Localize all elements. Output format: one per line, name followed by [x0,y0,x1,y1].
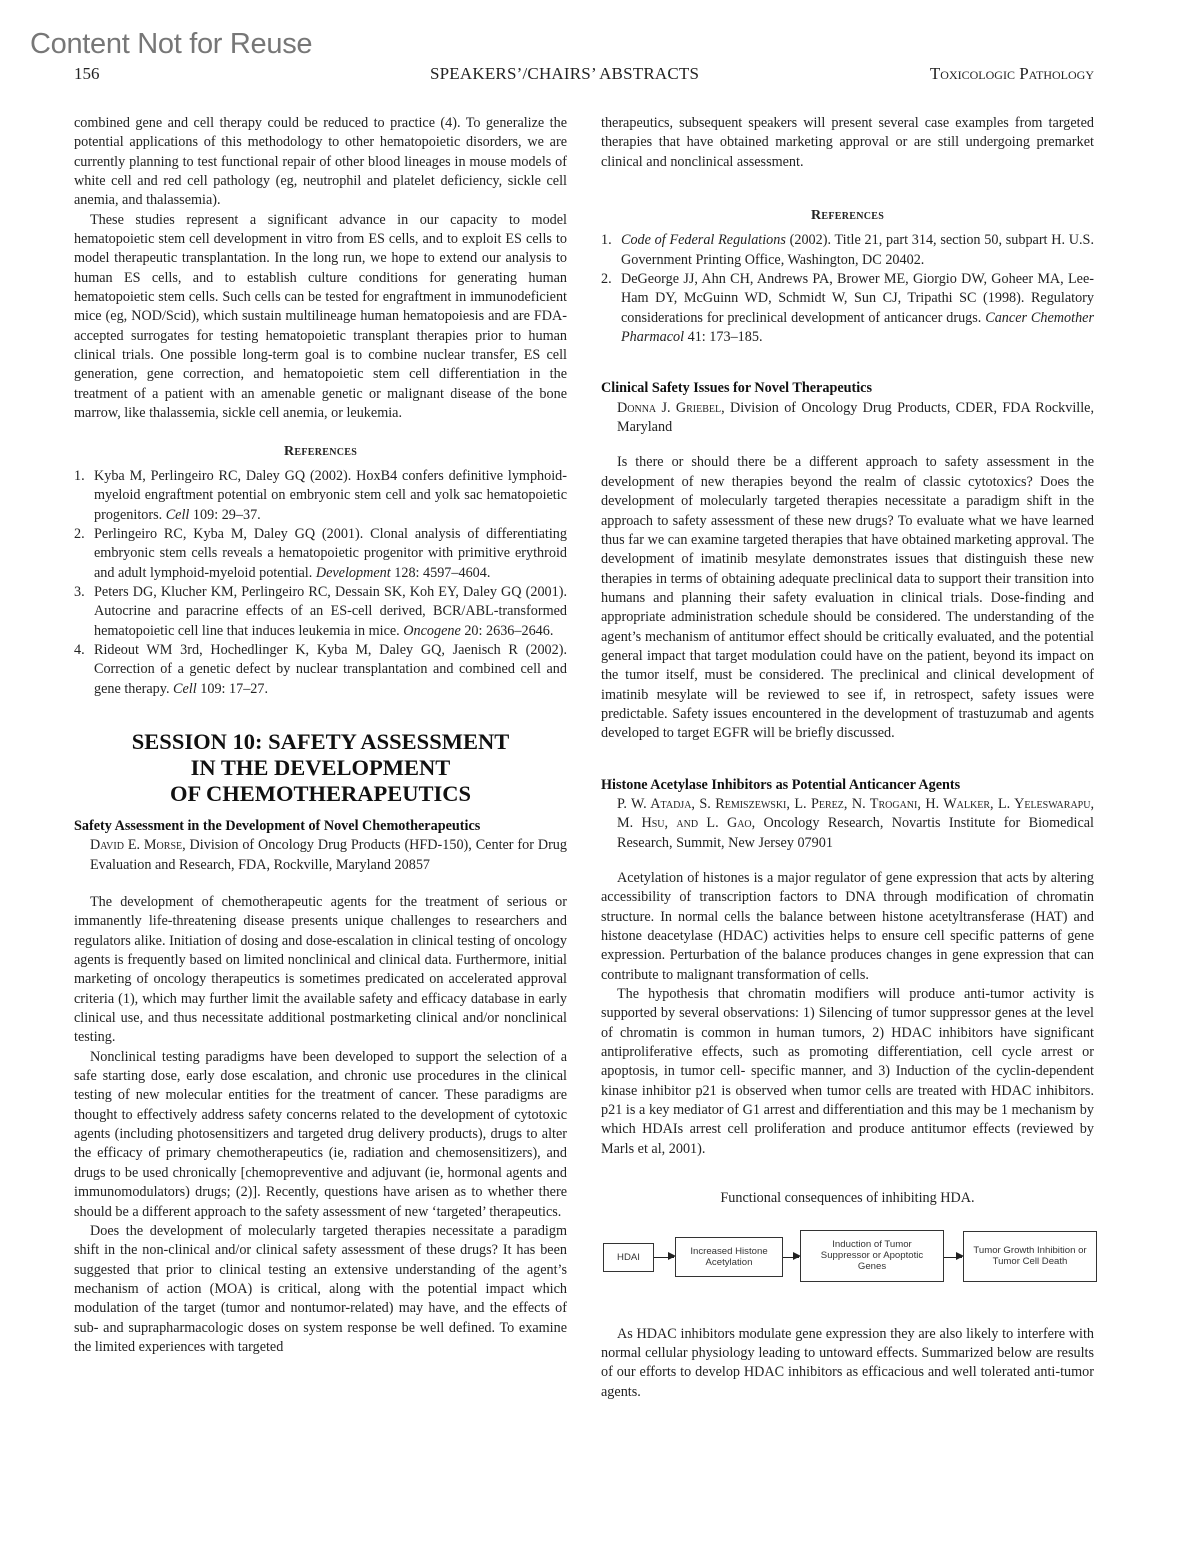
arrow-icon [944,1257,962,1258]
abstract-authors: P. W. Atadja, S. Remiszewski, L. Perez, … [601,795,1094,853]
body-paragraph: Does the development of molecularly targ… [74,1222,567,1357]
body-paragraph: combined gene and cell therapy could be … [74,114,567,211]
diagram-box-hdai: HDAI [603,1243,654,1272]
session-title: SESSION 10: SAFETY ASSESSMENT IN THE DEV… [74,729,567,807]
body-paragraph: The development of chemotherapeutic agen… [74,893,567,1048]
abstract-title: Histone Acetylase Inhibitors as Potentia… [601,776,1094,795]
running-head: 156 SPEAKERS’/CHAIRS’ ABSTRACTS Toxicolo… [74,64,1094,88]
body-paragraph: The hypothesis that chromatin modifiers … [601,985,1094,1159]
reference-item: 4.Rideout WM 3rd, Hochedlinger K, Kyba M… [74,641,567,699]
diagram-box-induction: Induction of Tumor Suppressor or Apoptot… [800,1230,944,1282]
body-paragraph: Acetylation of histones is a major regul… [601,869,1094,985]
reference-list: 1.Code of Federal Regulations (2002). Ti… [601,231,1094,347]
body-paragraph: As HDAC inhibitors modulate gene express… [601,1325,1094,1402]
reference-item: 3.Peters DG, Klucher KM, Perlingeiro RC,… [74,583,567,641]
reference-item: 1.Kyba M, Perlingeiro RC, Daley GQ (2002… [74,467,567,525]
right-column: therapeutics, subsequent speakers will p… [601,114,1094,1402]
page-number: 156 [74,64,100,84]
journal-name: Toxicologic Pathology [930,64,1094,84]
abstract-title: Clinical Safety Issues for Novel Therape… [601,379,1094,398]
body-paragraph: These studies represent a significant ad… [74,211,567,424]
references-heading: References [601,206,1094,225]
arrow-icon [654,1257,674,1258]
abstract-title: Safety Assessment in the Development of … [74,817,567,836]
diagram-box-outcome: Tumor Growth Inhibition or Tumor Cell De… [963,1231,1097,1282]
figure-caption: Functional consequences of inhibiting HD… [601,1189,1094,1208]
arrow-icon [783,1257,799,1258]
reference-item: 2.Perlingeiro RC, Kyba M, Daley GQ (2001… [74,525,567,583]
references-heading: References [74,442,567,461]
abstract-authors: David E. Morse, Division of Oncology Dru… [74,836,567,875]
reference-item: 1.Code of Federal Regulations (2002). Ti… [601,231,1094,270]
body-paragraph: therapeutics, subsequent speakers will p… [601,114,1094,172]
left-column: combined gene and cell therapy could be … [74,114,567,1357]
reference-item: 2.DeGeorge JJ, Ahn CH, Andrews PA, Browe… [601,270,1094,347]
abstract-authors: Donna J. Griebel, Division of Oncology D… [601,399,1094,438]
diagram-box-acetylation: Increased Histone Acetylation [675,1237,783,1277]
body-paragraph: Is there or should there be a different … [601,453,1094,743]
watermark: Content Not for Reuse [30,28,312,61]
body-paragraph: Nonclinical testing paradigms have been … [74,1048,567,1222]
section-heading: SPEAKERS’/CHAIRS’ ABSTRACTS [430,64,699,84]
reference-list: 1.Kyba M, Perlingeiro RC, Daley GQ (2002… [74,467,567,699]
flow-diagram: HDAI Increased Histone Acetylation Induc… [601,1229,1094,1289]
